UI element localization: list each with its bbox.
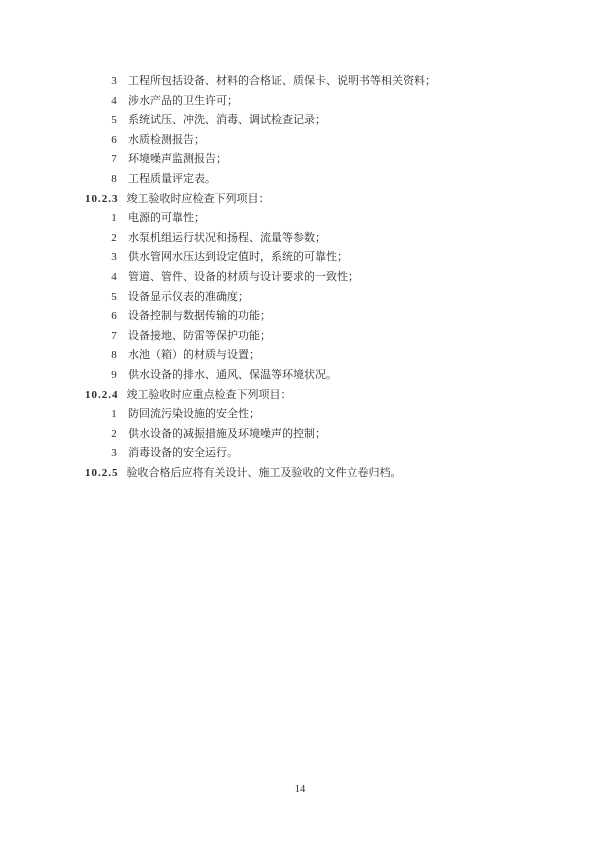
clause-number: 10.2.4 [85, 386, 119, 406]
list-item-number: 2 [108, 229, 120, 249]
list-item-number: 5 [108, 288, 120, 308]
list-item-text: 电源的可靠性； [128, 212, 205, 224]
list-item-text: 工程质量评定表。 [128, 173, 216, 185]
list-item: 1防回流污染设施的安全性； [0, 405, 600, 425]
list-item: 5设备显示仪表的准确度； [0, 288, 600, 308]
clause-number: 10.2.5 [85, 464, 119, 484]
document-page: 3工程所包括设备、材料的合格证、质保卡、说明书等相关资料； 4涉水产品的卫生许可… [0, 0, 600, 848]
list-item-text: 水质检测报告； [128, 134, 205, 146]
list-item: 3消毒设备的安全运行。 [0, 444, 600, 464]
list-item-number: 7 [108, 327, 120, 347]
list-item-text: 涉水产品的卫生许可； [128, 95, 238, 107]
list-item-text: 系统试压、冲洗、消毒、调试检查记录； [128, 114, 326, 126]
list-item-text: 供水管网水压达到设定值时，系统的可靠性； [128, 251, 348, 263]
list-item: 9供水设备的排水、通风、保温等环境状况。 [0, 366, 600, 386]
list-item-text: 防回流污染设施的安全性； [128, 408, 260, 420]
list-item: 2水泵机组运行状况和扬程、流量等参数； [0, 229, 600, 249]
list-item-text: 水泵机组运行状况和扬程、流量等参数； [128, 232, 326, 244]
list-item-text: 设备接地、防雷等保护功能； [128, 330, 271, 342]
list-item-number: 2 [108, 425, 120, 445]
list-item: 2供水设备的减振措施及环境噪声的控制； [0, 425, 600, 445]
list-item: 5系统试压、冲洗、消毒、调试检查记录； [0, 111, 600, 131]
list-item-number: 4 [108, 268, 120, 288]
list-item-number: 6 [108, 131, 120, 151]
list-item-number: 1 [108, 405, 120, 425]
list-item-number: 7 [108, 150, 120, 170]
list-item-number: 3 [108, 444, 120, 464]
list-item-text: 供水设备的排水、通风、保温等环境状况。 [128, 369, 337, 381]
list-item-number: 9 [108, 366, 120, 386]
clause-heading: 10.2.4竣工验收时应重点检查下列项目： [0, 386, 600, 406]
clause-text: 竣工验收时应重点检查下列项目： [127, 389, 292, 401]
list-item: 4管道、管件、设备的材质与设计要求的一致性； [0, 268, 600, 288]
list-item-number: 6 [108, 307, 120, 327]
list-item-number: 3 [108, 72, 120, 92]
clause-heading: 10.2.3竣工验收时应检查下列项目： [0, 190, 600, 210]
clause-text: 竣工验收时应检查下列项目： [127, 193, 270, 205]
list-item-text: 设备控制与数据传输的功能； [128, 310, 271, 322]
list-item-number: 5 [108, 111, 120, 131]
list-item-text: 设备显示仪表的准确度； [128, 291, 249, 303]
page-number: 14 [0, 783, 600, 797]
clause-text: 验收合格后应将有关设计、施工及验收的文件立卷归档。 [127, 467, 402, 479]
list-item-number: 4 [108, 92, 120, 112]
list-item: 8工程质量评定表。 [0, 170, 600, 190]
list-item-number: 8 [108, 170, 120, 190]
list-item: 3工程所包括设备、材料的合格证、质保卡、说明书等相关资料； [0, 72, 600, 92]
list-item: 7环境噪声监测报告； [0, 150, 600, 170]
list-item: 6水质检测报告； [0, 131, 600, 151]
document-body: 3工程所包括设备、材料的合格证、质保卡、说明书等相关资料； 4涉水产品的卫生许可… [0, 72, 600, 483]
list-item: 6设备控制与数据传输的功能； [0, 307, 600, 327]
list-item-text: 水池（箱）的材质与设置； [128, 349, 260, 361]
clause-heading: 10.2.5验收合格后应将有关设计、施工及验收的文件立卷归档。 [0, 464, 600, 484]
clause-number: 10.2.3 [85, 190, 119, 210]
list-item-text: 工程所包括设备、材料的合格证、质保卡、说明书等相关资料； [128, 75, 436, 87]
list-item-text: 供水设备的减振措施及环境噪声的控制； [128, 428, 326, 440]
list-item: 1电源的可靠性； [0, 209, 600, 229]
list-item: 7设备接地、防雷等保护功能； [0, 327, 600, 347]
list-item-text: 消毒设备的安全运行。 [128, 447, 238, 459]
list-item-text: 管道、管件、设备的材质与设计要求的一致性； [128, 271, 359, 283]
list-item-number: 8 [108, 346, 120, 366]
list-item-number: 3 [108, 248, 120, 268]
list-item: 8水池（箱）的材质与设置； [0, 346, 600, 366]
list-item: 3供水管网水压达到设定值时，系统的可靠性； [0, 248, 600, 268]
list-item: 4涉水产品的卫生许可； [0, 92, 600, 112]
list-item-text: 环境噪声监测报告； [128, 153, 227, 165]
list-item-number: 1 [108, 209, 120, 229]
